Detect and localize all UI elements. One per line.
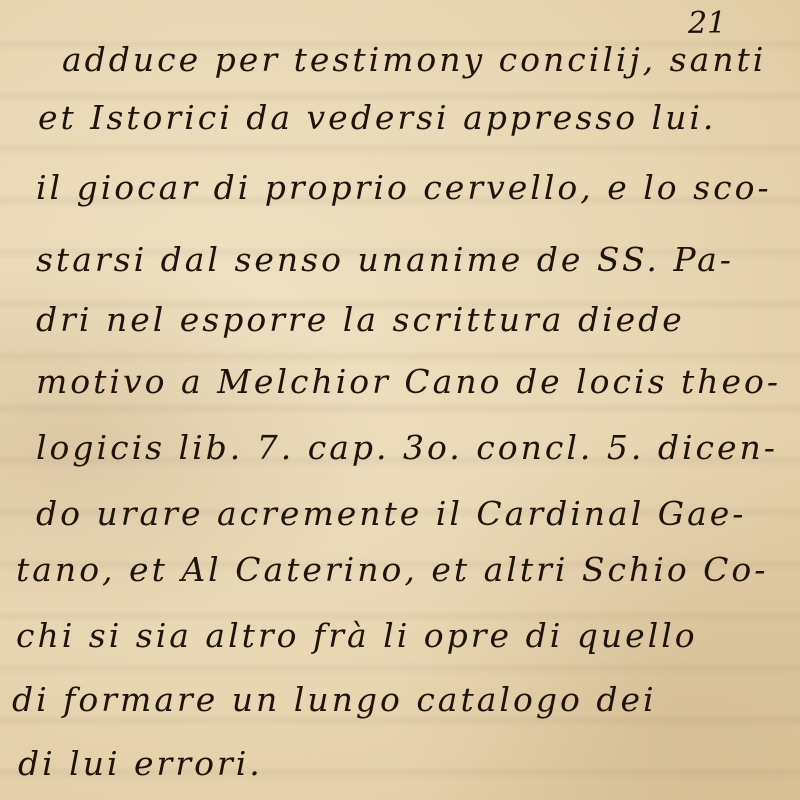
manuscript-line: starsi dal senso unanime de SS. Pa- (36, 240, 734, 279)
manuscript-line: adduce per testimony concilij, santi (62, 40, 766, 79)
manuscript-line: dri nel esporre la scrittura diede (36, 300, 685, 339)
manuscript-line: di formare un lungo catalogo dei (12, 680, 657, 719)
manuscript-line: di lui errori. (18, 744, 263, 783)
manuscript-line: motivo a Melchior Cano de locis theo- (36, 362, 781, 401)
manuscript-line: logicis lib. 7. cap. 3o. concl. 5. dicen… (36, 428, 778, 467)
manuscript-line: et Istorici da vedersi appresso lui. (38, 98, 716, 137)
page-number: 21 (688, 6, 726, 41)
manuscript-line: do urare acremente il Cardinal Gae- (36, 494, 746, 533)
manuscript-line: chi si sia altro frà li opre di quello (16, 616, 698, 655)
manuscript-line: tano, et Al Caterino, et altri Schio Co- (16, 550, 768, 589)
manuscript-line: il giocar di proprio cervello, e lo sco- (36, 168, 772, 207)
